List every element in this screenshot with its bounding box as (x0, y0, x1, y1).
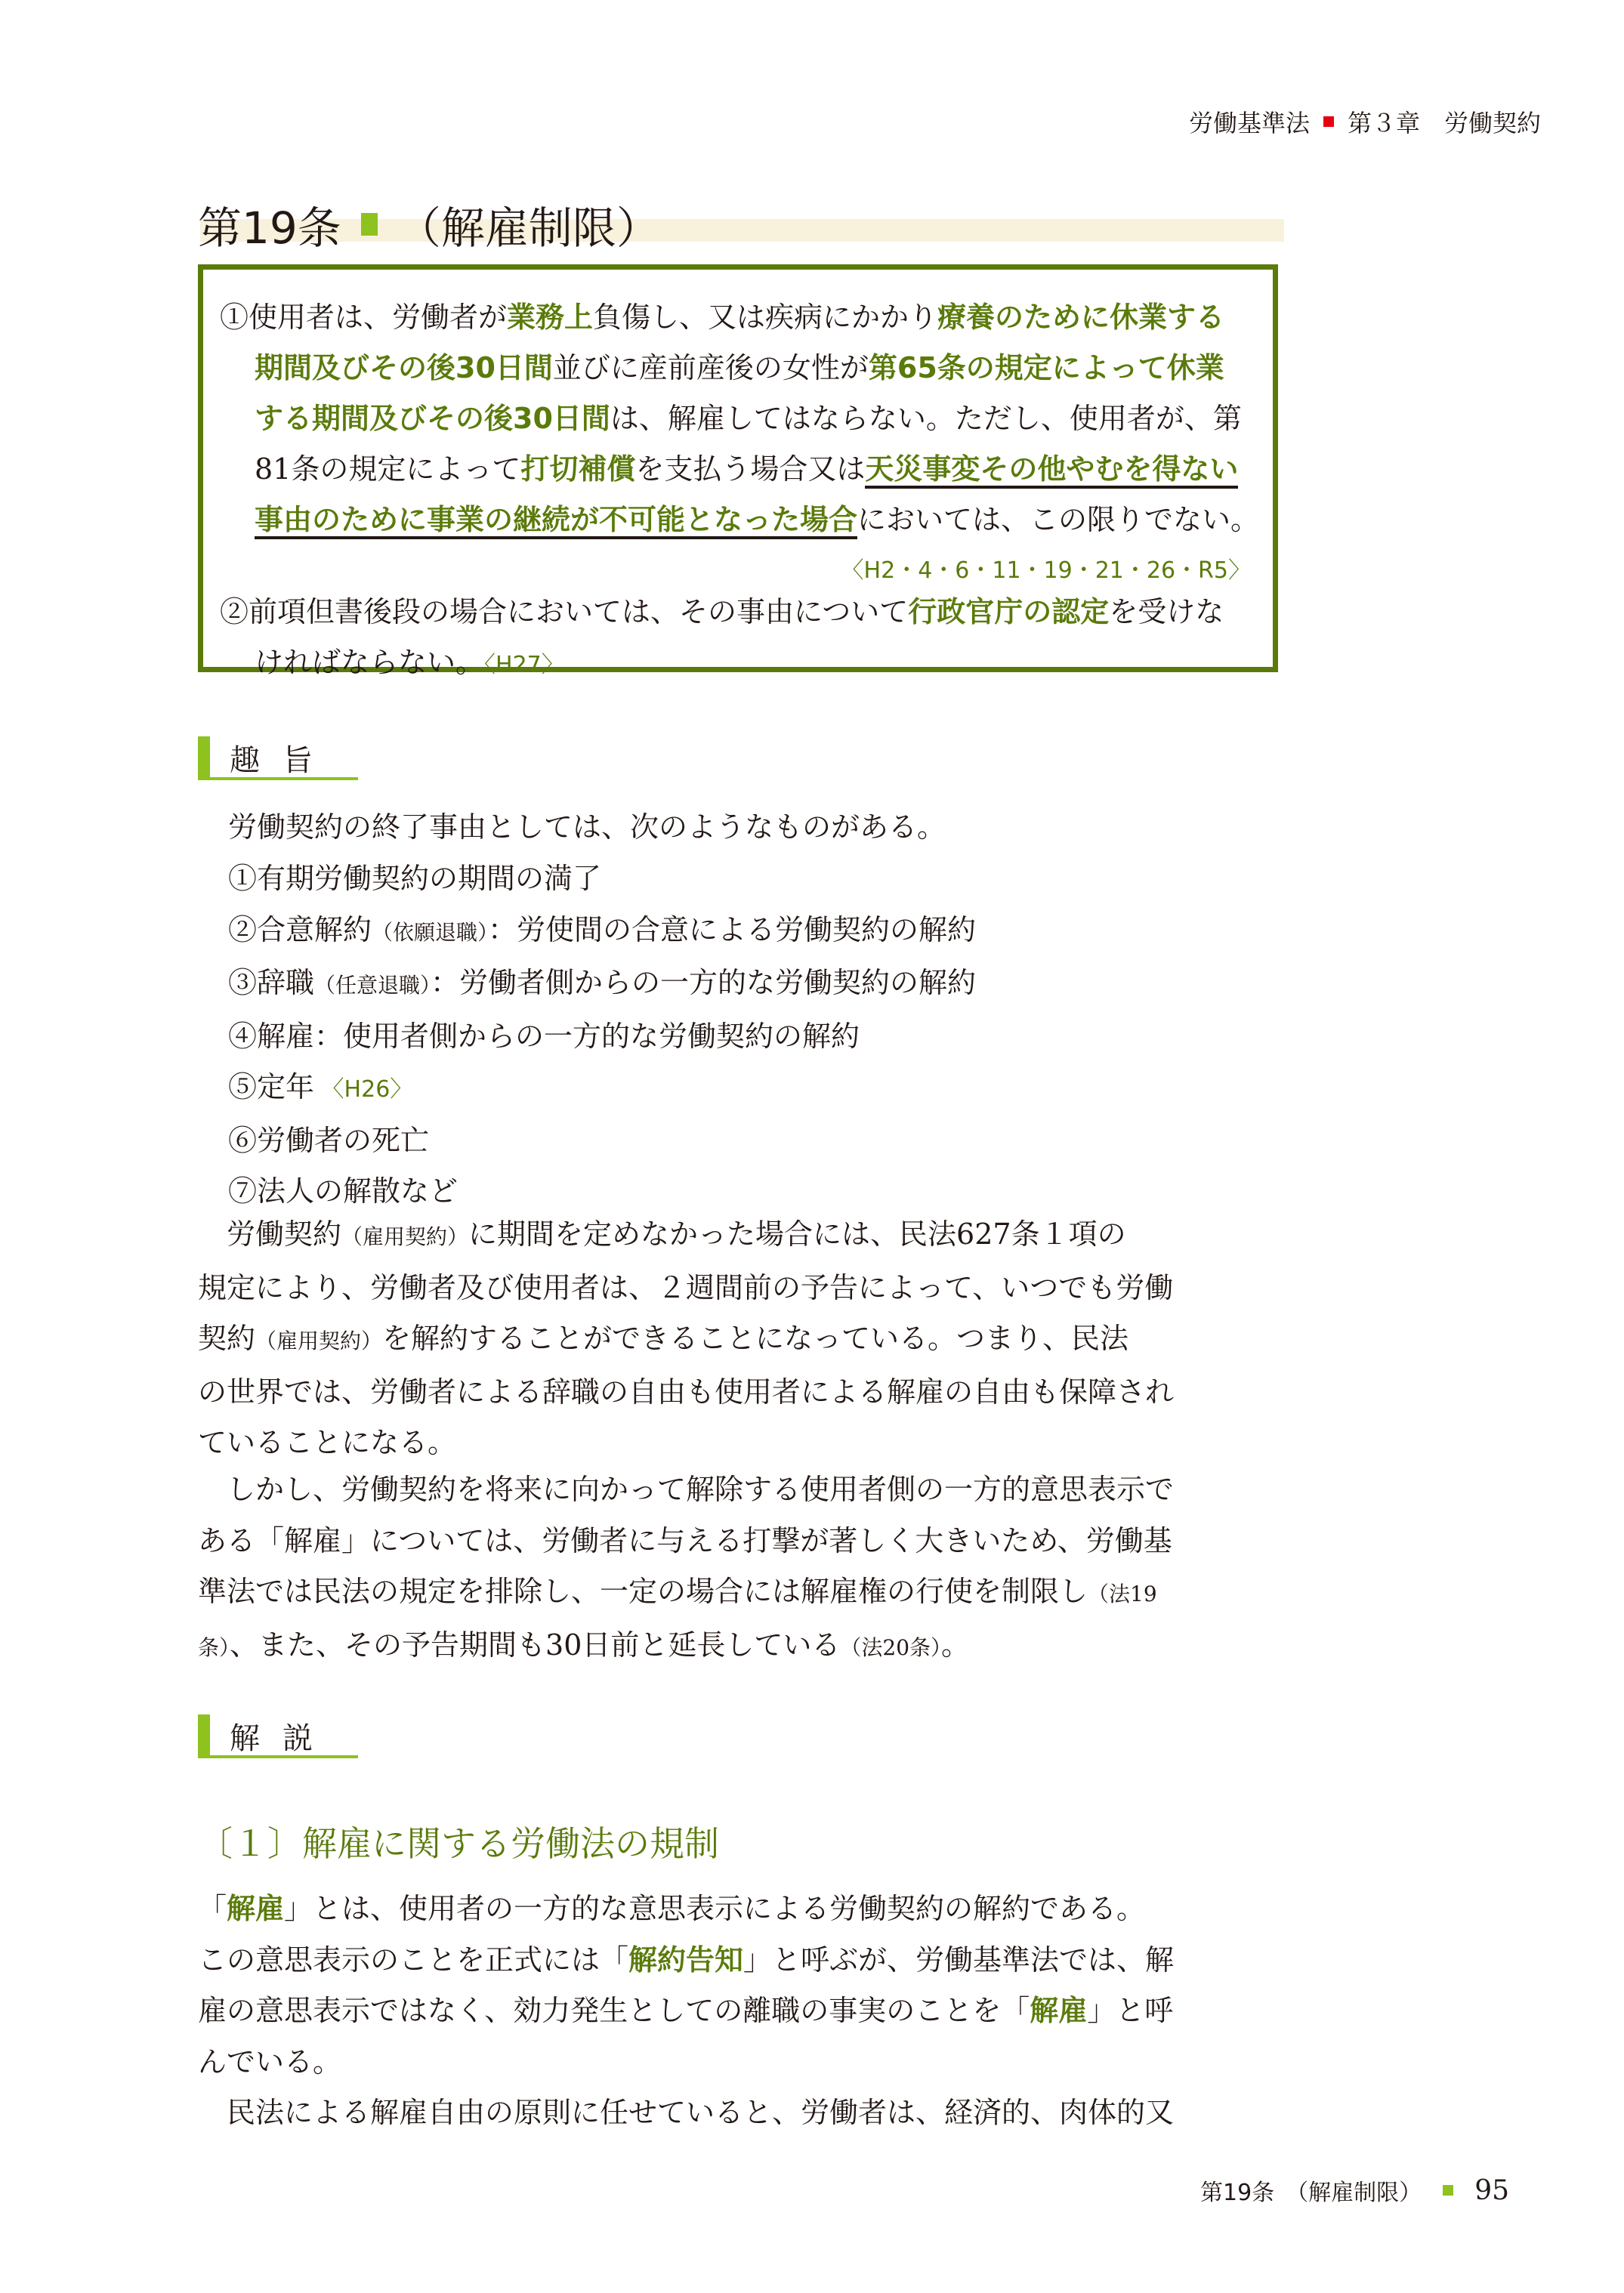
text-line: 条）、また、その予告期間も30日前と延長している（法20条）。 (198, 1620, 1286, 1674)
article-number: 第19条 (198, 193, 341, 256)
purpose-paragraph-1: 労働契約（雇用契約）に期間を定めなかった場合には、民法627条１項の規定により、… (198, 1209, 1286, 1469)
text-segment: 「 (198, 1892, 227, 1925)
text-segment: 民法による解雇自由の原則に任せていると、労働者は、経済的、肉体的又 (198, 2096, 1174, 2129)
purpose-paragraph-2: しかし、労働契約を将来に向かって解除する使用者側の一方的意思表示である「解雇」に… (198, 1464, 1286, 1673)
text-segment: を受けな (1109, 595, 1224, 628)
page-footer: 第19条 （解雇制限） 95 (1200, 2174, 1509, 2207)
text-line: 規定により、労働者及び使用者は、２週間前の予告によって、いつでも労働 (198, 1263, 1286, 1314)
commentary-paragraph-2: 民法による解雇自由の原則に任せていると、労働者は、経済的、肉体的又 (198, 2088, 1286, 2139)
text-line: ていることになる。 (198, 1418, 1286, 1469)
statute-paragraph-1: ①使用者は、労働者が業務上負傷し、又は疾病にかかり療養のために休業する期間及びそ… (220, 292, 1262, 545)
text-line: する期間及びその後30日間は、解雇してはならない。ただし、使用者が、第 (220, 393, 1262, 444)
text-segment: （雇用契約） (255, 1329, 382, 1353)
text-segment: 81条の規定によって (255, 452, 520, 486)
list-item: ③辞職（任意退職）：労働者側からの一方的な労働契約の解約 (228, 958, 1316, 1011)
page-number: 95 (1474, 2175, 1509, 2206)
text-segment: 労働契約 (198, 1217, 341, 1251)
text-line: ければならない。〈H27〉 (220, 637, 1262, 690)
text-segment: においては、この限りでない。 (857, 503, 1259, 536)
text-line: ある「解雇」については、労働者に与える打撃が著しく大きいため、労働基 (198, 1516, 1286, 1567)
text-line: 事由のために事業の継続が不可能となった場合においては、この限りでない。 (220, 495, 1262, 545)
text-line: しかし、労働契約を将来に向かって解除する使用者側の一方的意思表示で (198, 1464, 1286, 1516)
text-line: んでいる。 (198, 2037, 1286, 2088)
text-segment: しかし、労働契約を将来に向かって解除する使用者側の一方的意思表示で (198, 1473, 1174, 1506)
text-segment: 。 (941, 1628, 970, 1662)
book-section-label: 労働基準法 (1189, 104, 1310, 139)
key-term: 解雇 (227, 1892, 284, 1925)
key-term: 天災事変その他やむを得ない (865, 452, 1238, 489)
text-line: 契約（雇用契約）を解約することができることになっている。つまり、民法 (198, 1313, 1286, 1367)
running-header: 労働基準法 第３章 労働契約 (1189, 104, 1541, 139)
intro-text: 労働契約の終了事由としては、次のようなものがある。 (228, 802, 1316, 853)
subsection-title: 〔１〕解雇に関する労働法の規制 (198, 1816, 719, 1866)
article-heading: （解雇制限） (397, 193, 660, 256)
text-segment: の世界では、労働者による辞職の自由も使用者による解雇の自由も保障され (198, 1375, 1174, 1409)
key-term: 事由のために事業の継続が不可能となった場合 (255, 503, 857, 539)
statute-paragraph-2: ②前項但書後段の場合においては、その事由について行政官庁の認定を受けなければなら… (220, 587, 1262, 690)
text-line: 81条の規定によって打切補償を支払う場合又は天災事変その他やむを得ない (220, 444, 1262, 495)
heading-accent-bar (198, 736, 210, 780)
text-segment: 」と呼ぶが、労働基準法では、解 (743, 1943, 1174, 1977)
key-term: 打切補償 (520, 452, 635, 486)
text-segment: ていることになる。 (198, 1426, 456, 1459)
footer-article-label: 第19条 （解雇制限） (1200, 2174, 1422, 2207)
text-line: ②前項但書後段の場合においては、その事由について行政官庁の認定を受けな (220, 587, 1262, 637)
text-segment: 規定により、労働者及び使用者は、２週間前の予告によって、いつでも労働 (198, 1271, 1173, 1304)
text-segment: 準法では民法の規定を排除し、一定の場合には解雇権の行使を制限し (198, 1575, 1088, 1608)
list-item: ⑥労働者の死亡 (228, 1116, 1316, 1167)
red-square-icon (1323, 116, 1334, 127)
list-item: ②合意解約（依願退職）：労使間の合意による労働契約の解約 (228, 905, 1316, 958)
section-heading-text: 解説 (230, 1714, 335, 1758)
section-heading-text: 趣旨 (230, 736, 335, 779)
statute-text-box: ①使用者は、労働者が業務上負傷し、又は疾病にかかり療養のために休業する期間及びそ… (198, 264, 1278, 672)
text-segment: 」と呼 (1087, 1994, 1173, 2027)
text-line: 雇の意思表示ではなく、効力発生としての離職の事実のことを「解雇」と呼 (198, 1986, 1286, 2037)
list-item: ⑤定年 〈H26〉 (228, 1062, 1316, 1116)
list-item: ①有期労働契約の期間の満了 (228, 853, 1316, 905)
text-line: の世界では、労働者による辞職の自由も使用者による解雇の自由も保障され (198, 1367, 1286, 1418)
termination-reasons-list: ①有期労働契約の期間の満了②合意解約（依願退職）：労使間の合意による労働契約の解… (228, 853, 1316, 1217)
text-segment: この意思表示のことを正式には「 (198, 1943, 628, 1977)
text-segment: （法20条） (840, 1635, 941, 1660)
text-segment: 、また、その予告期間も30日前と延長している (230, 1628, 840, 1662)
key-term: 期間及びその後30日間 (255, 351, 553, 384)
key-term: 行政官庁の認定 (908, 595, 1109, 628)
text-segment: 雇の意思表示ではなく、効力発生としての離職の事実のことを「 (198, 1994, 1030, 2027)
text-line: 「解雇」とは、使用者の一方的な意思表示による労働契約の解約である。 (198, 1884, 1286, 1935)
text-segment: 負傷し、又は疾病にかかり (593, 301, 937, 334)
text-segment: に期間を定めなかった場合には、民法627条１項の (468, 1217, 1126, 1251)
article-title: 第19条 （解雇制限） (198, 193, 660, 256)
heading-accent-bar (198, 1714, 210, 1758)
text-segment: 条） (198, 1635, 230, 1660)
green-square-icon (1443, 2185, 1453, 2196)
exam-reference: 〈H26〉 (314, 1076, 412, 1103)
key-term: 解雇 (1030, 1994, 1087, 2027)
list-item: ④解雇：使用者側からの一方的な労働契約の解約 (228, 1011, 1316, 1063)
commentary-paragraph-1: 「解雇」とは、使用者の一方的な意思表示による労働契約の解約である。この意思表示の… (198, 1884, 1286, 2088)
text-segment: 契約 (198, 1322, 255, 1355)
exam-reference: 〈H27〉 (484, 652, 564, 678)
key-term: する期間及びその後30日間 (255, 402, 610, 435)
key-term: 業務上 (507, 301, 593, 334)
text-segment: を支払う場合又は (635, 452, 865, 486)
purpose-intro: 労働契約の終了事由としては、次のようなものがある。 (228, 802, 1316, 853)
text-segment: 並びに産前産後の女性が (553, 351, 869, 384)
key-term: 第65条の規定によって休業 (869, 351, 1224, 384)
text-line: この意思表示のことを正式には「解約告知」と呼ぶが、労働基準法では、解 (198, 1935, 1286, 1986)
text-segment: （雇用契約） (341, 1224, 468, 1249)
text-segment: ある「解雇」については、労働者に与える打撃が著しく大きいため、労働基 (198, 1524, 1172, 1557)
text-line: 労働契約（雇用契約）に期間を定めなかった場合には、民法627条１項の (198, 1209, 1286, 1263)
key-term: 解約告知 (628, 1943, 743, 1977)
text-segment: は、解雇してはならない。ただし、使用者が、第 (610, 402, 1242, 435)
key-term: 療養のために休業する (937, 301, 1224, 334)
text-segment: ①使用者は、労働者が (220, 301, 507, 334)
text-segment: ②前項但書後段の場合においては、その事由について (220, 595, 908, 628)
chapter-label: 第３章 労働契約 (1348, 104, 1541, 139)
text-line: ①使用者は、労働者が業務上負傷し、又は疾病にかかり療養のために休業する (220, 292, 1262, 343)
text-segment: （法19 (1088, 1582, 1157, 1606)
text-segment: 」とは、使用者の一方的な意思表示による労働契約の解約である。 (284, 1892, 1145, 1925)
text-line: 民法による解雇自由の原則に任せていると、労働者は、経済的、肉体的又 (198, 2088, 1286, 2139)
text-segment: んでいる。 (198, 2045, 341, 2079)
text-segment: ければならない。 (255, 646, 484, 679)
green-square-icon (361, 213, 378, 236)
text-line: 準法では民法の規定を排除し、一定の場合には解雇権の行使を制限し（法19 (198, 1566, 1286, 1620)
text-segment: を解約することができることになっている。つまり、民法 (382, 1322, 1128, 1355)
text-line: 期間及びその後30日間並びに産前産後の女性が第65条の規定によって休業 (220, 343, 1262, 393)
